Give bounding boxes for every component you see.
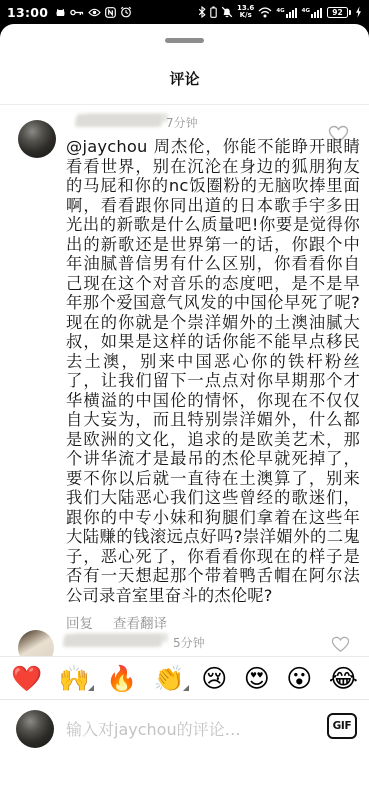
nfc-icon [105,7,116,18]
comment-text: @jaychou 周杰伦，你能不能睁开眼睛看看世界，别在沉沦在身边的狐朋狗友的马… [66,137,360,605]
header-divider [0,104,369,105]
comments-sheet: 评论 7分钟 @jaychou 周杰伦，你能不能睁开眼睛看看世界，别在沉沦在身边… [0,24,369,800]
reaction-raised-hands[interactable]: 🙌 [59,666,90,691]
battery-percent: 92 [327,7,348,18]
comment-input[interactable] [66,713,316,745]
charging-icon [355,6,362,18]
view-translation-button[interactable]: 查看翻译 [113,612,167,632]
status-bar: 13:00 [0,0,369,24]
notifications-off-icon [221,6,233,18]
reply-button[interactable]: 回复 [66,612,93,632]
signal-4g-label: 4G [302,8,310,14]
app-notification-icon [55,7,66,18]
current-user-avatar [16,710,54,748]
signal-4g-label: 4G [276,8,284,14]
comment-timestamp: 5分钟 [173,634,205,651]
comment-timestamp: 7分钟 [166,114,198,131]
reaction-joy[interactable]: 😂 [329,666,358,691]
quick-reactions-bar: ❤️ 🙌 🔥 👏 😢 😍 😮 😂 [0,656,369,700]
battery-nub [349,10,351,15]
network-speed: 13.6 K/s [237,5,254,19]
eye-icon [88,8,101,17]
status-bar-right: 13.6 K/s 4G 4G 92 [198,5,362,19]
reaction-clap[interactable]: 👏 [154,666,185,691]
bluetooth-icon [198,6,206,18]
phone-screen: 13:00 [0,0,369,800]
reaction-cry[interactable]: 😢 [201,666,227,691]
reaction-fire[interactable]: 🔥 [106,666,137,691]
status-bar-left: 13:00 [7,5,132,20]
network-speed-unit: K/s [240,12,252,19]
commenter-username-blurred[interactable] [76,114,162,127]
gif-button[interactable]: GIF [327,713,357,739]
reaction-wow[interactable]: 😮 [286,666,312,691]
commenter-username-blurred[interactable] [64,634,162,647]
commenter-avatar[interactable] [18,120,56,158]
wifi-icon [258,7,272,18]
reaction-heart[interactable]: ❤️ [11,666,42,691]
sheet-title: 评论 [0,68,369,89]
alarm-icon [120,6,132,18]
key-icon [70,8,84,17]
comment-actions: 回复 查看翻译 [66,612,167,632]
drag-handle[interactable] [165,38,204,43]
comment-composer: GIF [0,701,369,800]
device-battery-icon [210,6,217,18]
battery-icon: 92 [327,7,351,18]
signal-4g-icon: 4G [302,7,323,18]
clock-time: 13:00 [7,5,48,20]
like-comment-button[interactable] [331,636,350,653]
reaction-heart-eyes[interactable]: 😍 [244,666,270,691]
signal-4g-icon: 4G [276,7,297,18]
